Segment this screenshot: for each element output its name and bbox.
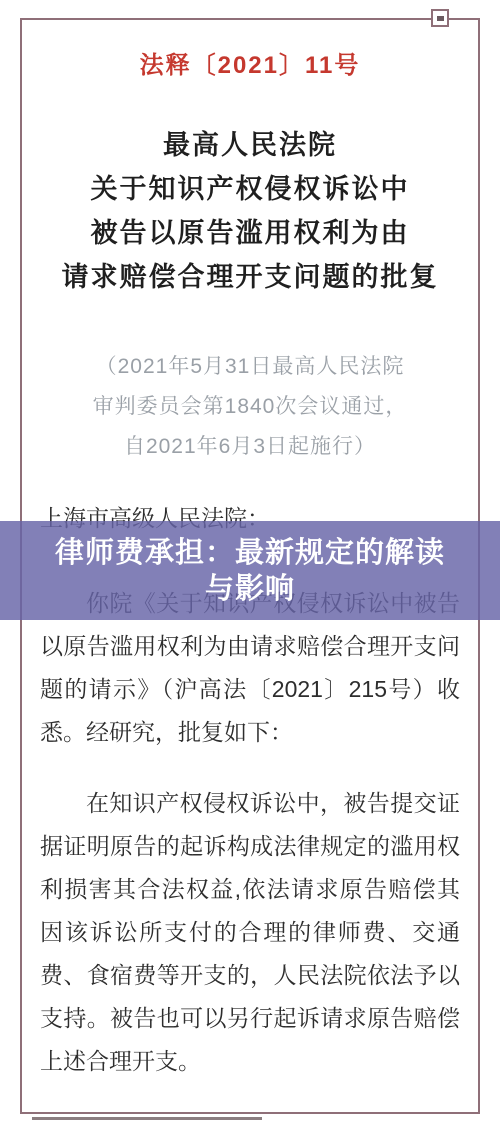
- title-overlay-banner: 律师费承担：最新规定的解读 与影响: [0, 521, 500, 620]
- doc-title-line-2: 关于知识产权侵权诉讼中: [22, 167, 478, 211]
- doc-number: 法释〔2021〕11号: [22, 45, 478, 80]
- overlay-title-line-1: 律师费承担：最新规定的解读: [55, 535, 445, 571]
- doc-title-line-4: 请求赔偿合理开支问题的批复: [22, 255, 478, 299]
- doc-meta-line-2: 审判委员会第1840次会议通过，: [22, 387, 478, 427]
- doc-title-line-1: 最高人民法院: [22, 123, 478, 167]
- corner-marker-glyph: [437, 16, 444, 21]
- corner-marker-icon[interactable]: [431, 9, 449, 27]
- bottom-divider-line: [32, 1117, 262, 1120]
- doc-meta-line-3: 自2021年6月3日起施行）: [22, 427, 478, 467]
- paragraph-2: 在知识产权侵权诉讼中，被告提交证据证明原告的起诉构成法律规定的滥用权利损害其合法…: [40, 782, 460, 1083]
- doc-meta: （2021年5月31日最高人民法院 审判委员会第1840次会议通过， 自2021…: [22, 347, 478, 467]
- doc-title: 最高人民法院 关于知识产权侵权诉讼中 被告以原告滥用权利为由 请求赔偿合理开支问…: [22, 123, 478, 299]
- page-background: 法释〔2021〕11号 最高人民法院 关于知识产权侵权诉讼中 被告以原告滥用权利…: [0, 0, 500, 1141]
- doc-meta-line-1: （2021年5月31日最高人民法院: [22, 347, 478, 387]
- doc-title-line-3: 被告以原告滥用权利为由: [22, 211, 478, 255]
- overlay-title-line-2: 与影响: [205, 571, 295, 607]
